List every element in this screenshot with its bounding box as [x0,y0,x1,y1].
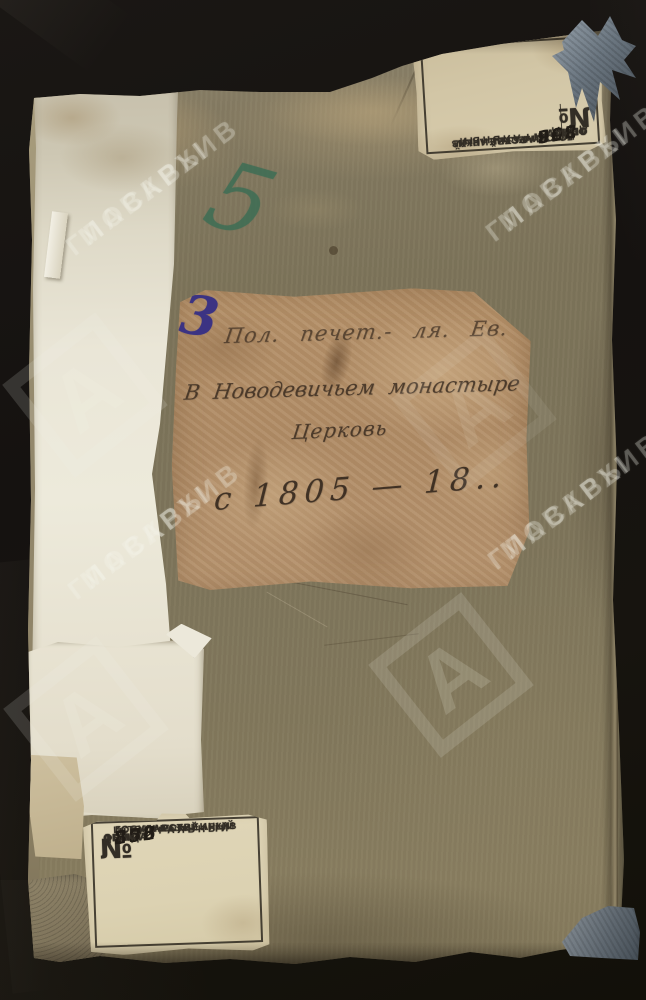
handwritten-title-line2: В Новодевичьем монастыре [183,371,522,404]
cover-right-edge-shadow [602,24,618,970]
book-cover: 5 3 Пол. печет.- ля. Ев. В Новодевичьем … [24,24,628,970]
scratch-mark [266,592,327,628]
torn-paper-fragment [26,753,86,861]
archival-scan: 5 3 Пол. печет.- ля. Ев. В Новодевичьем … [0,0,646,1000]
water-stain [269,189,364,231]
scratch-mark [324,633,418,646]
archive-stamp-label-bottom: ЦЕНТРАЛЬНЫЙ ГОСУДАРСТВЕННЫЙ ИСТОРИЧЕСКИЙ… [83,810,272,956]
scan-background-streak [0,0,171,102]
green-pencil-number: 5 [193,149,286,253]
archive-stamp-box: ЦЕНТРАЛЬНЫЙ ГОСУДАРСТВЕННЫЙ ИСТОРИЧЕСКИЙ… [91,816,263,948]
handwritten-title-line3: Церковь [291,416,390,445]
ink-speck [329,246,338,255]
cover-top-edge-shadow [24,24,628,54]
handwritten-title-line1: Пол. печет.- ля. Ев. [223,316,510,348]
cover-bottom-edge-shadow [24,942,628,970]
blue-ink-number: 3 [177,286,223,345]
wear-shading [569,304,629,624]
handwritten-title-label: 3 Пол. печет.- ля. Ев. В Новодевичьем мо… [171,287,531,595]
delo-value: 852 [113,824,159,848]
